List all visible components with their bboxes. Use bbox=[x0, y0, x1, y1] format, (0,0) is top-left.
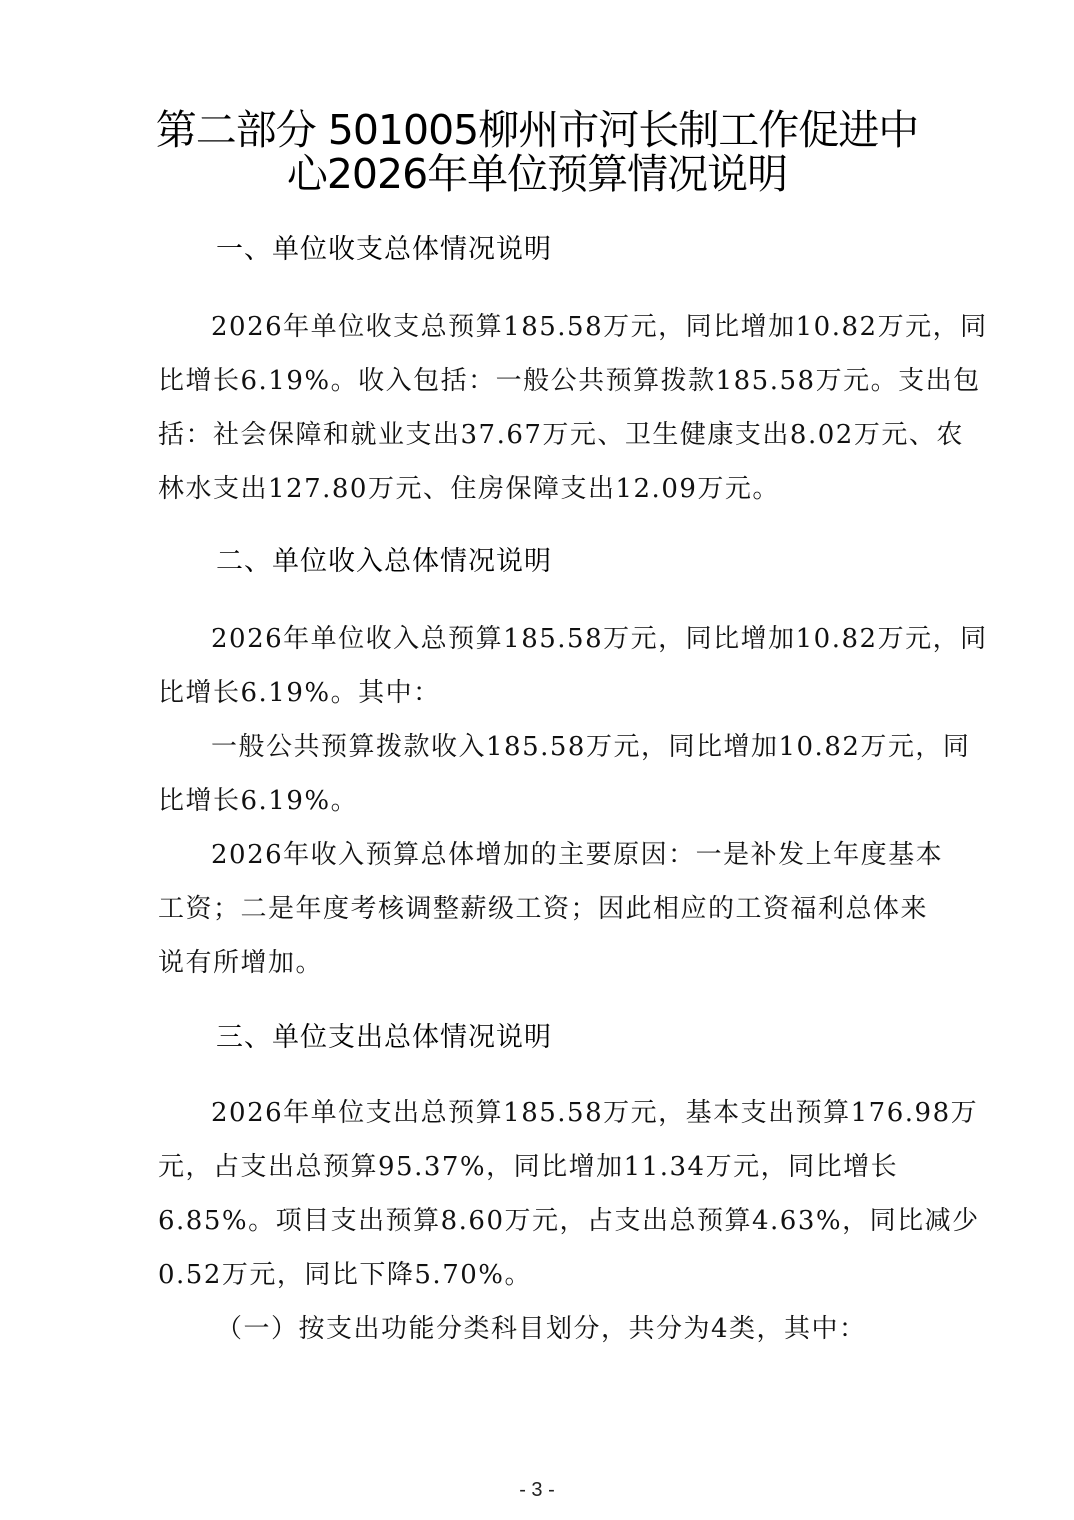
section-heading-2: 二、单位收入总体情况说明 bbox=[216, 545, 552, 579]
document-page: 第二部分 501005柳州市河长制工作促进中 心2026年单位预算情况说明 一、… bbox=[0, 0, 1074, 1520]
section-1-para-1-line-4: 林水支出127.80万元、住房保障支出12.09万元。 bbox=[158, 472, 780, 506]
document-title-line-1: 第二部分 501005柳州市河长制工作促进中 bbox=[0, 106, 1074, 154]
section-3-para-1-line-2: 元，占支出总预算95.37%，同比增加11.34万元，同比增长 bbox=[158, 1150, 898, 1184]
section-2-para-2-line-2: 比增长6.19%。 bbox=[158, 784, 358, 818]
section-1-para-1-line-2: 比增长6.19%。收入包括：一般公共预算拨款185.58万元。支出包 bbox=[158, 364, 981, 398]
page-number: - 3 - bbox=[0, 1478, 1074, 1502]
section-3-para-1-line-1: 2026年单位支出总预算185.58万元，基本支出预算176.98万 bbox=[211, 1096, 978, 1130]
section-3-para-1-line-3: 6.85%。项目支出预算8.60万元，占支出总预算4.63%，同比减少 bbox=[158, 1204, 980, 1238]
section-2-para-1-line-1: 2026年单位收入总预算185.58万元，同比增加10.82万元，同 bbox=[211, 622, 988, 656]
section-2-para-3-line-2: 工资；二是年度考核调整薪级工资；因此相应的工资福利总体来 bbox=[158, 892, 928, 926]
section-heading-3: 三、单位支出总体情况说明 bbox=[216, 1021, 552, 1055]
section-2-para-2-line-1: 一般公共预算拨款收入185.58万元，同比增加10.82万元，同 bbox=[211, 730, 970, 764]
section-2-para-3-line-1: 2026年收入预算总体增加的主要原因：一是补发上年度基本 bbox=[211, 838, 943, 872]
section-heading-1: 一、单位收支总体情况说明 bbox=[216, 233, 552, 267]
section-2-para-1-line-2: 比增长6.19%。其中： bbox=[158, 676, 441, 710]
section-2-para-3-line-3: 说有所增加。 bbox=[158, 946, 323, 980]
document-title-line-2: 心2026年单位预算情况说明 bbox=[0, 150, 1074, 198]
section-3-para-1-line-4: 0.52万元，同比下降5.70%。 bbox=[158, 1258, 532, 1292]
section-3-para-2-line-1: （一）按支出功能分类科目划分，共分为4类，其中： bbox=[216, 1312, 867, 1346]
section-1-para-1-line-1: 2026年单位收支总预算185.58万元，同比增加10.82万元，同 bbox=[211, 310, 988, 344]
section-1-para-1-line-3: 括：社会保障和就业支出37.67万元、卫生健康支出8.02万元、农 bbox=[158, 418, 964, 452]
